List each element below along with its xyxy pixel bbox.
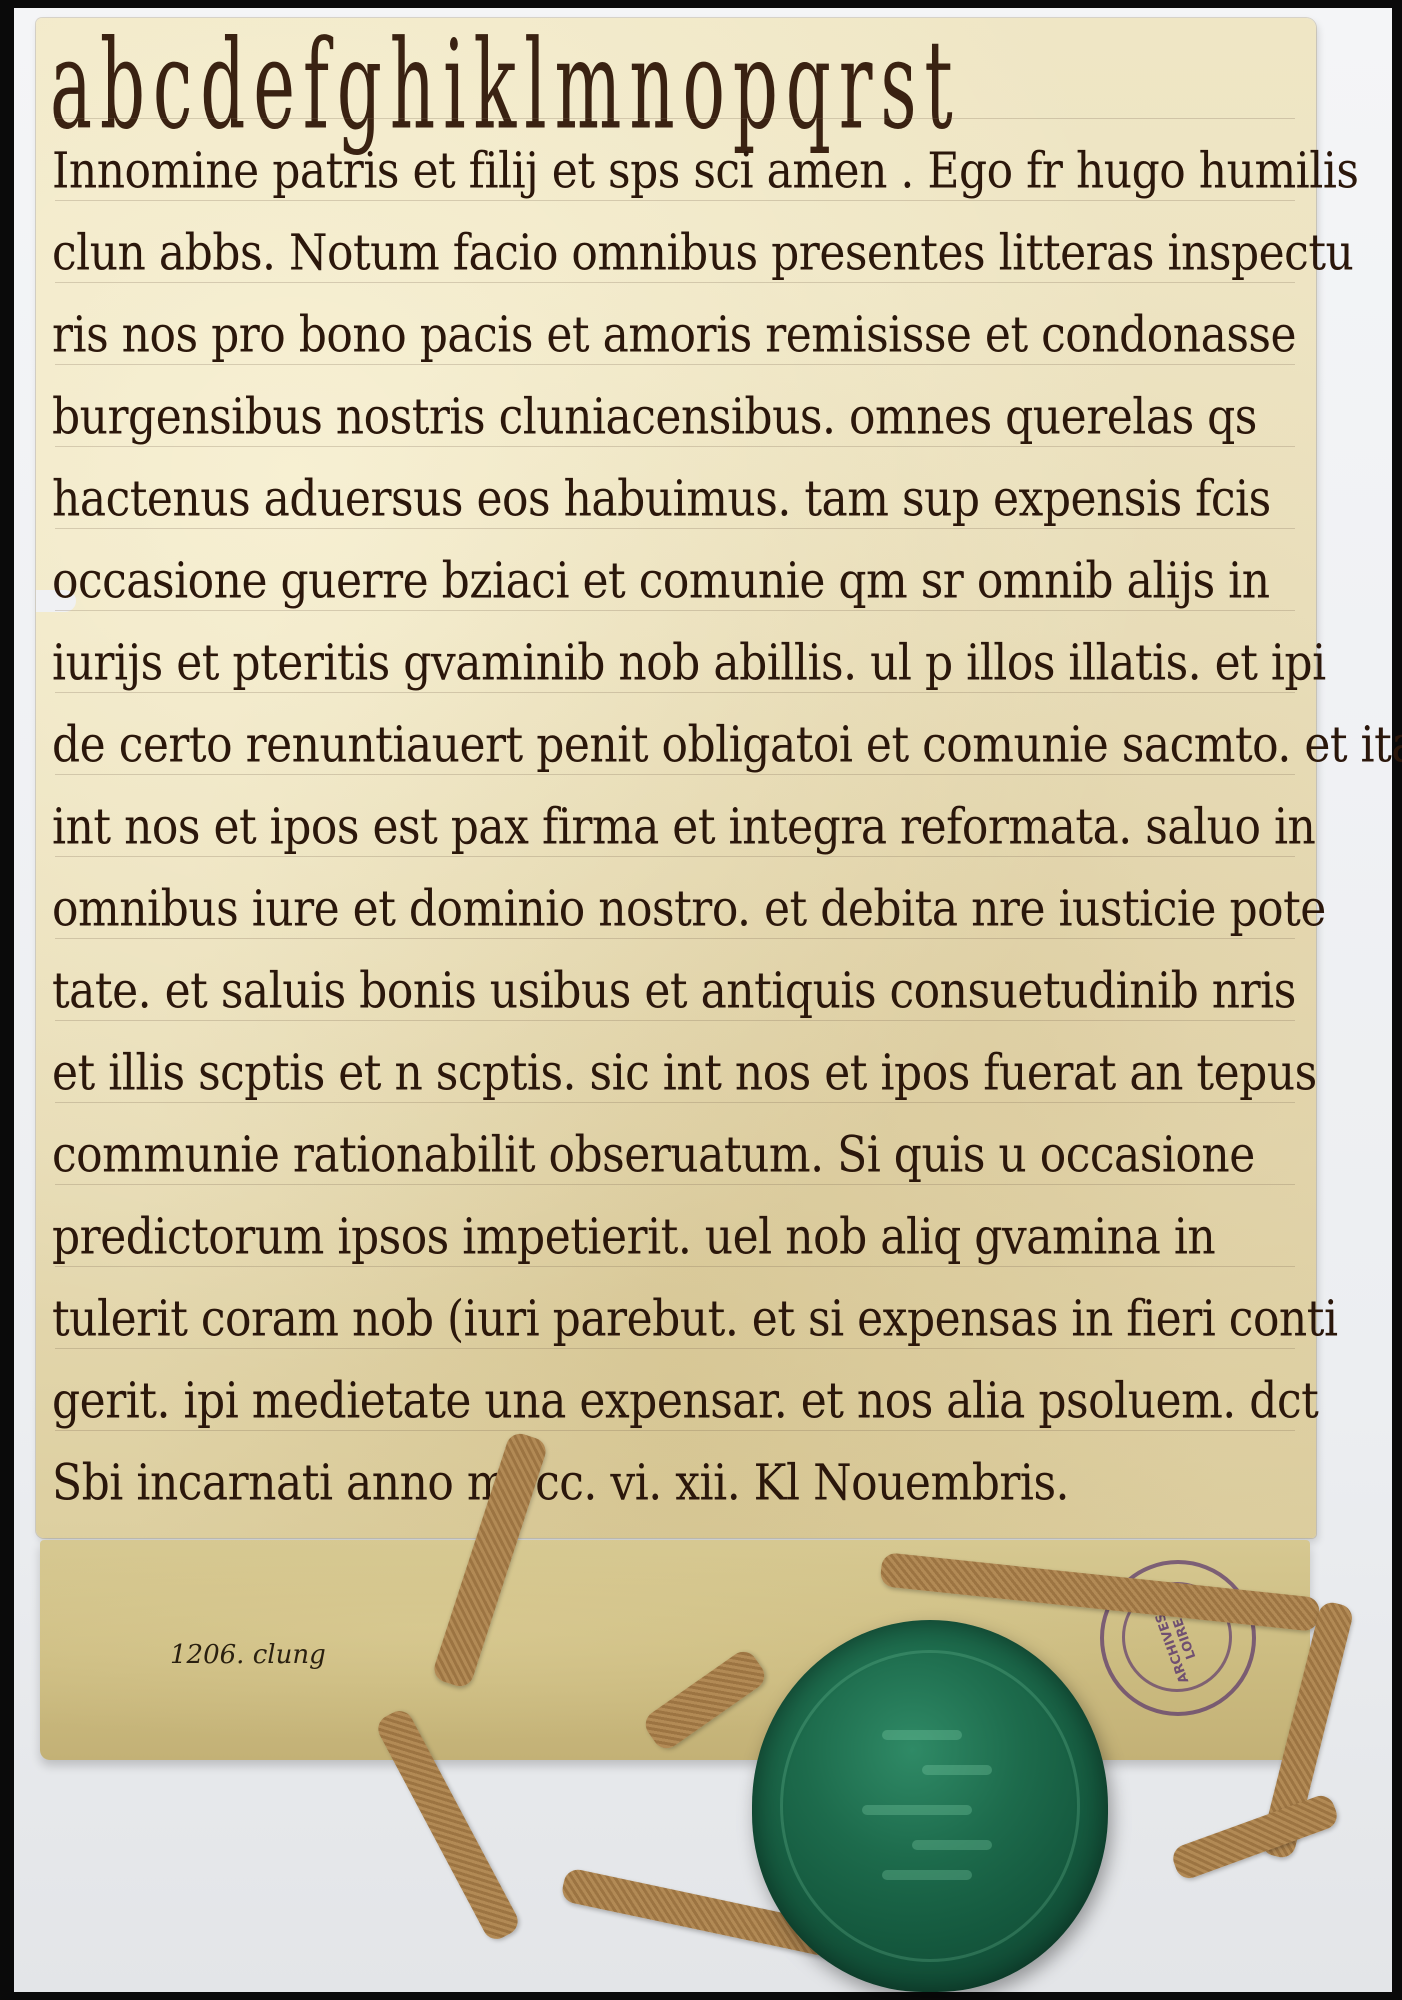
- text-line: communie rationabilit obseruatum. Si qui…: [52, 1102, 1312, 1184]
- text-line: ris nos pro bono pacis et amoris remisis…: [52, 282, 1312, 364]
- text-line: Innomine patris et filij et sps sci amen…: [52, 118, 1312, 200]
- green-wax-seal: [752, 1620, 1108, 1992]
- archive-annotation: 1206. clung: [170, 1640, 326, 1670]
- text-line: gerit. ipi medietate una expensar. et no…: [52, 1348, 1312, 1430]
- text-line: hactenus aduersus eos habuimus. tam sup …: [52, 446, 1312, 528]
- text-line: predictorum ipsos impetierit. uel nob al…: [52, 1184, 1312, 1266]
- charter-text: Innomine patris et filij et sps sci amen…: [52, 118, 1312, 1512]
- text-line: et illis scptis et n scptis. sic int nos…: [52, 1020, 1312, 1102]
- text-line: clun abbs. Notum facio omnibus presentes…: [52, 200, 1312, 282]
- text-line: occasione guerre bziaci et comunie qm sr…: [52, 528, 1312, 610]
- seal-emblem-icon: [862, 1710, 1002, 1890]
- text-line: omnibus iure et dominio nostro. et debit…: [52, 856, 1312, 938]
- text-line: burgensibus nostris cluniacensibus. omne…: [52, 364, 1312, 446]
- text-line: Sbi incarnati anno m. cc. vi. xii. Kl No…: [52, 1430, 1312, 1512]
- text-line: int nos et ipos est pax firma et integra…: [52, 774, 1312, 856]
- text-line: de certo renuntiauert penit obligatoi et…: [52, 692, 1312, 774]
- text-line: iurijs et pteritis gvaminib nob abillis.…: [52, 610, 1312, 692]
- text-line: tate. et saluis bonis usibus et antiquis…: [52, 938, 1312, 1020]
- text-line: tulerit coram nob (iuri parebut. et si e…: [52, 1266, 1312, 1348]
